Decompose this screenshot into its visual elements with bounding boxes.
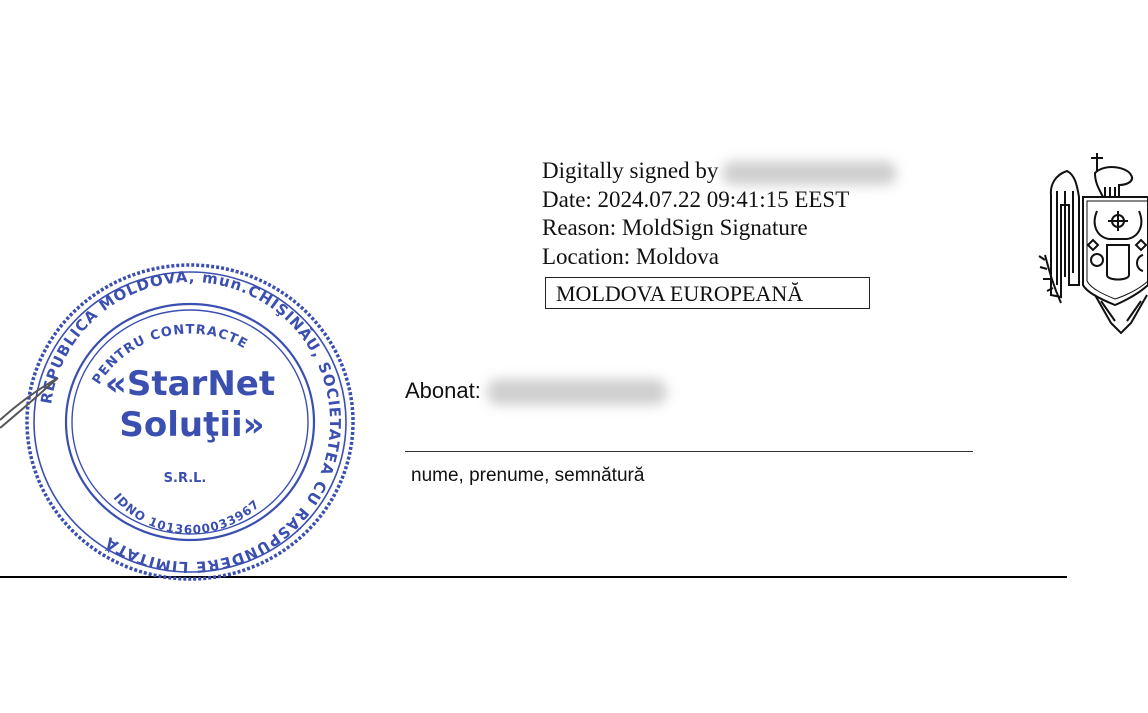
subscriber-label: Abonat: bbox=[405, 378, 481, 403]
slogan-box: MOLDOVA EUROPEANĂ bbox=[545, 277, 870, 309]
signature-date: Date: 2024.07.22 09:41:15 EEST bbox=[542, 186, 897, 215]
signed-by-line: Digitally signed by bbox=[542, 157, 897, 186]
signature-line bbox=[405, 451, 973, 452]
signature-location: Location: Moldova bbox=[542, 243, 897, 272]
signature-caption: nume, prenume, semnătură bbox=[411, 465, 644, 487]
redacted-signer-name bbox=[722, 161, 897, 185]
stamp-company-line2: Soluţii» bbox=[119, 405, 264, 445]
redacted-subscriber-name bbox=[487, 379, 667, 405]
signature-reason: Reason: MoldSign Signature bbox=[542, 214, 897, 243]
stamp-company-line1: «StarNet bbox=[105, 364, 275, 404]
signed-by-label: Digitally signed by bbox=[542, 158, 718, 183]
moldova-coat-of-arms-icon bbox=[1035, 145, 1148, 340]
stamp-legal-form: S.R.L. bbox=[164, 471, 207, 486]
subscriber-field: Abonat: bbox=[405, 378, 667, 405]
company-stamp-icon: REPUBLICA MOLDOVA, mun.CHIŞINĂU, SOCIETA… bbox=[0, 250, 380, 590]
digital-signature-block: Digitally signed by Date: 2024.07.22 09:… bbox=[542, 157, 897, 271]
